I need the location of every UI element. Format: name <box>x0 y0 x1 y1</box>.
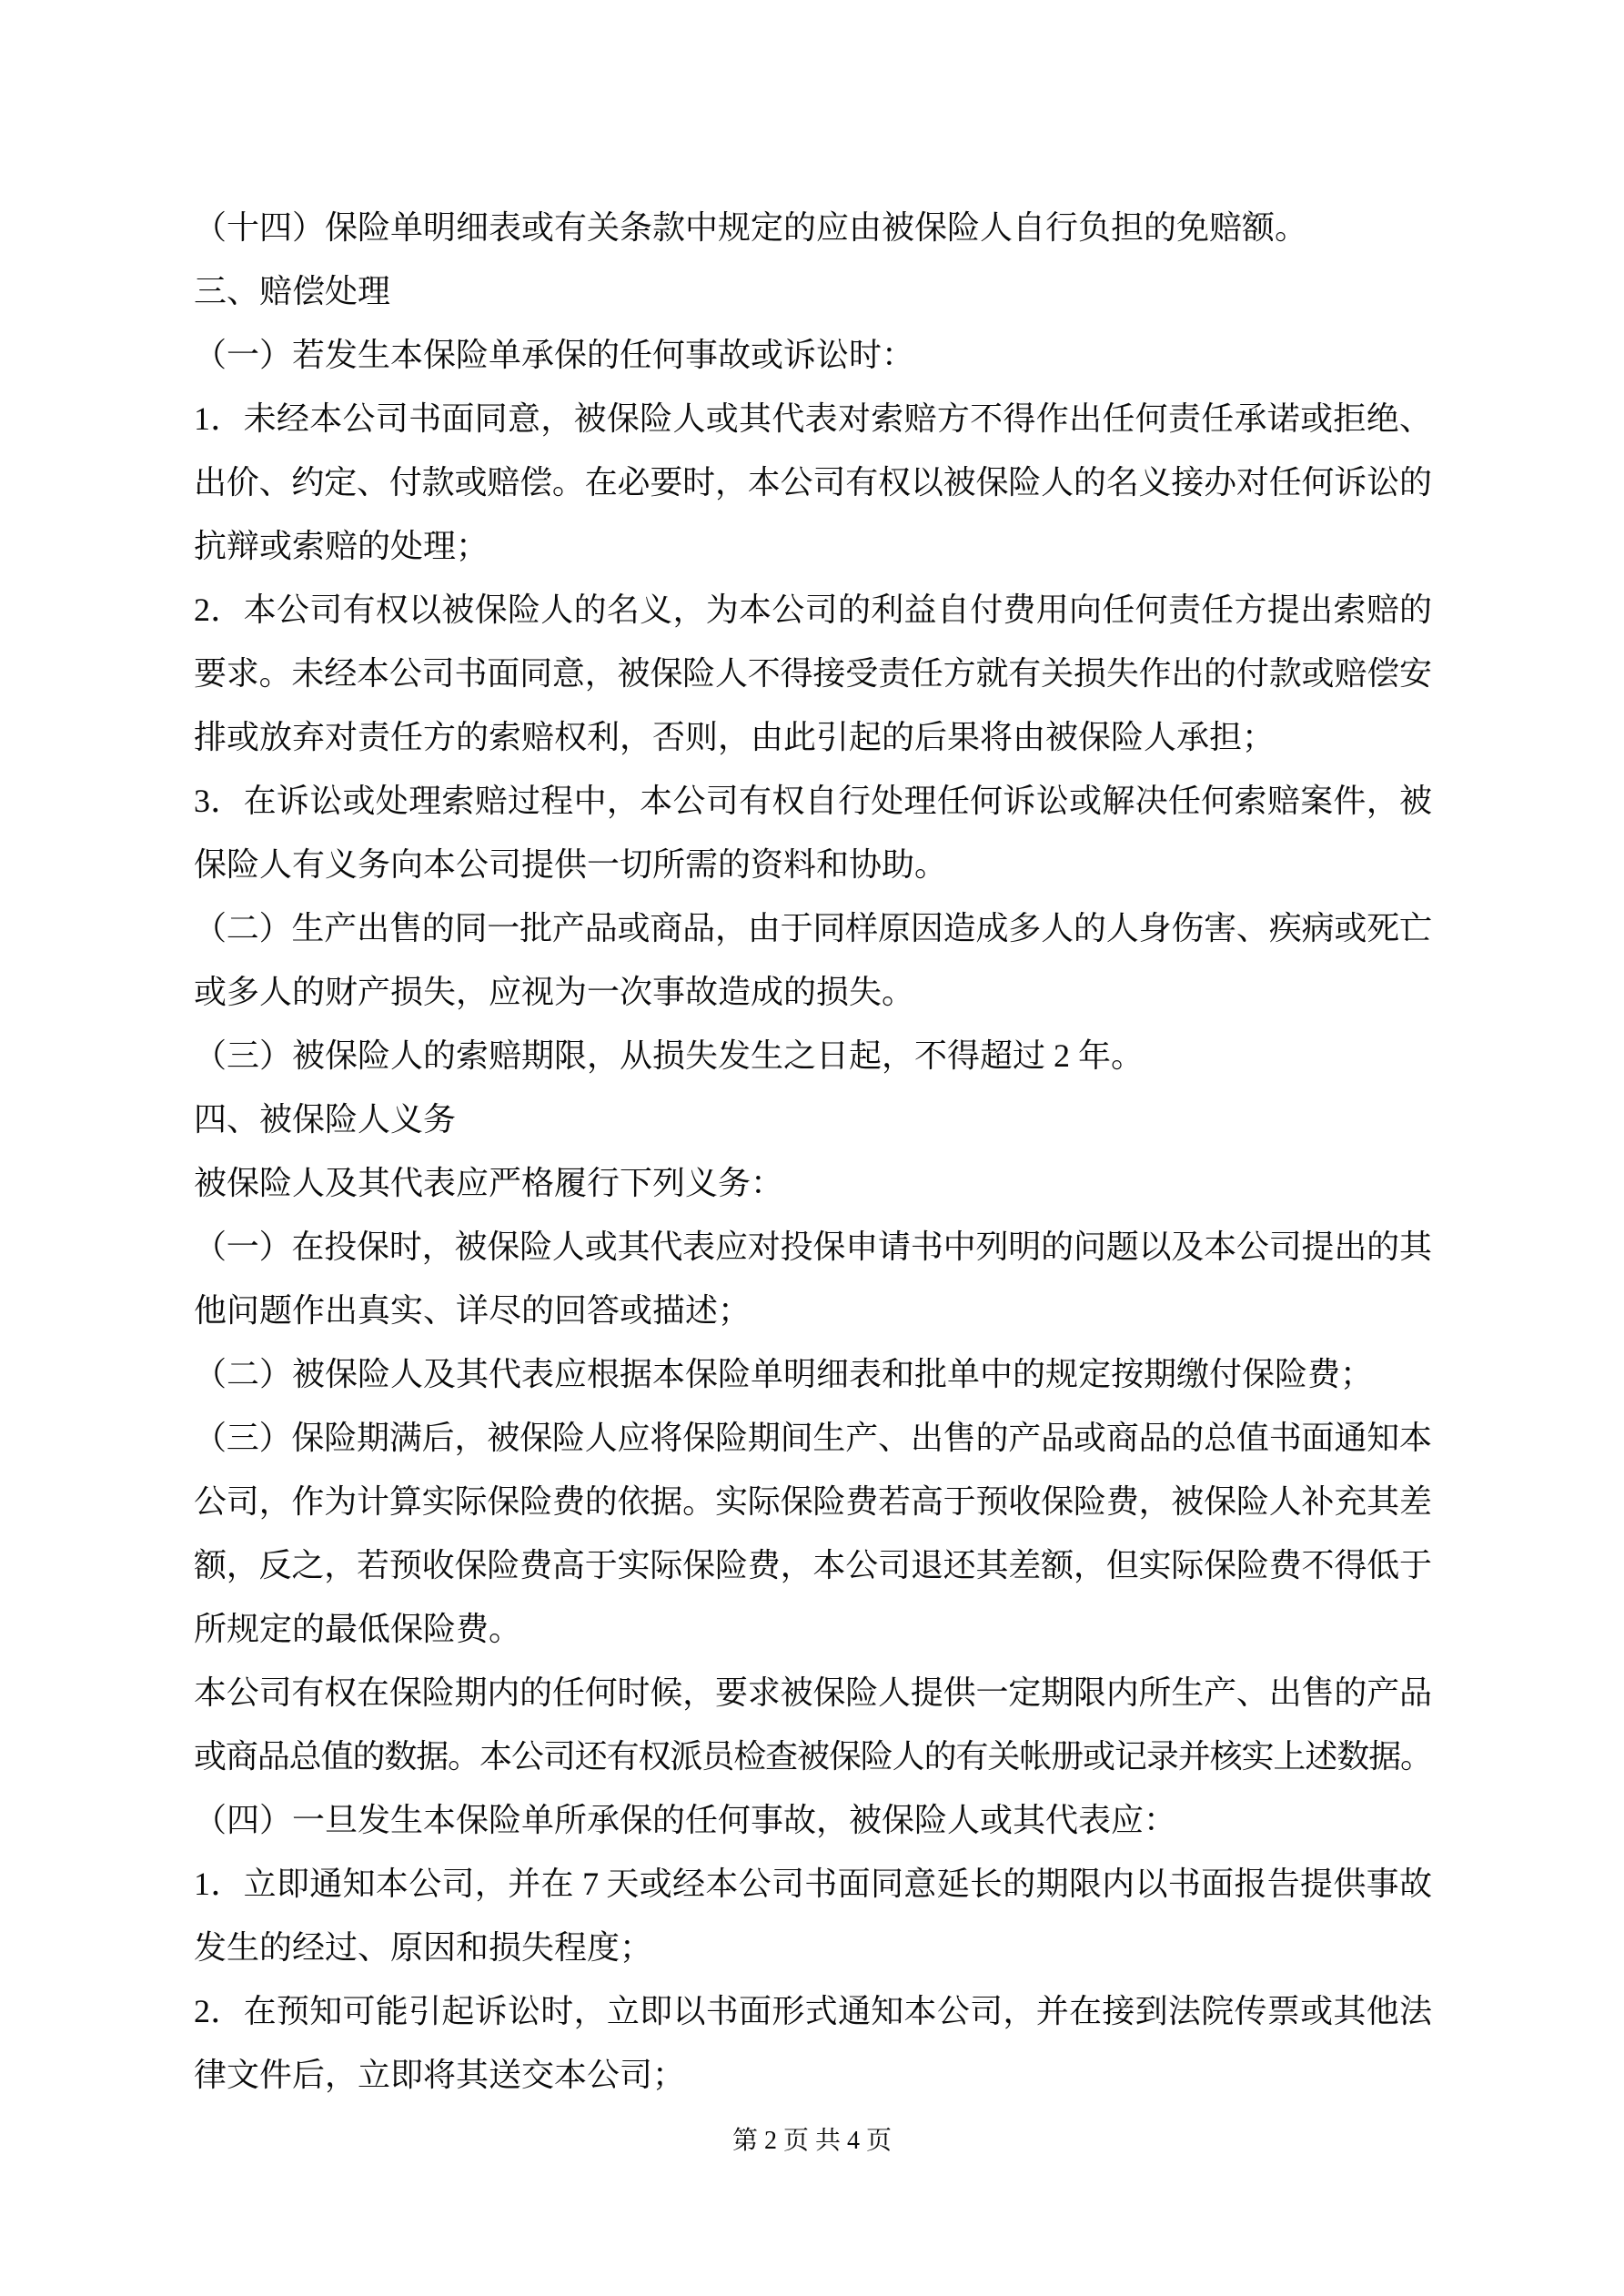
text-line: （二）生产出售的同一批产品或商品，由于同样原因造成多人的人身伤害、疾病或死亡 <box>194 896 1431 960</box>
text-line: 抗辩或索赔的处理； <box>194 514 1431 578</box>
document-page: （十四）保险单明细表或有关条款中规定的应由被保险人自行负担的免赔额。 三、赔偿处… <box>0 0 1624 2296</box>
text-line: 公司，作为计算实际保险费的依据。实际保险费若高于预收保险费，被保险人补充其差 <box>194 1470 1431 1533</box>
text-line: （二）被保险人及其代表应根据本保险单明细表和批单中的规定按期缴付保险费； <box>194 1342 1431 1406</box>
text-line: 或多人的财产损失，应视为一次事故造成的损失。 <box>194 960 1431 1024</box>
text-line: 或商品总值的数据。本公司还有权派员检查被保险人的有关帐册或记录并核实上述数据。 <box>194 1725 1431 1788</box>
text-line: 出价、约定、付款或赔偿。在必要时，本公司有权以被保险人的名义接办对任何诉讼的 <box>194 450 1431 514</box>
text-line: 被保险人及其代表应严格履行下列义务： <box>194 1151 1431 1215</box>
text-line: 他问题作出真实、详尽的回答或描述； <box>194 1279 1431 1342</box>
text-line: （四）一旦发生本保险单所承保的任何事故，被保险人或其代表应： <box>194 1788 1431 1852</box>
text-line: 2．在预知可能引起诉讼时，立即以书面形式通知本公司，并在接到法院传票或其他法 <box>194 1979 1431 2043</box>
document-body: （十四）保险单明细表或有关条款中规定的应由被保险人自行负担的免赔额。 三、赔偿处… <box>194 196 1431 2107</box>
text-line: （一）在投保时，被保险人或其代表应对投保申请书中列明的问题以及本公司提出的其 <box>194 1215 1431 1279</box>
text-line: 本公司有权在保险期内的任何时候，要求被保险人提供一定期限内所生产、出售的产品 <box>194 1661 1431 1725</box>
text-line: 要求。未经本公司书面同意，被保险人不得接受责任方就有关损失作出的付款或赔偿安 <box>194 642 1431 705</box>
text-line: 1．立即通知本公司，并在 7 天或经本公司书面同意延长的期限内以书面报告提供事故 <box>194 1852 1431 1916</box>
text-line: （三）被保险人的索赔期限，从损失发生之日起，不得超过 2 年。 <box>194 1024 1431 1087</box>
text-line: 1．未经本公司书面同意，被保险人或其代表对索赔方不得作出任何责任承诺或拒绝、 <box>194 387 1431 450</box>
text-line: 律文件后，立即将其送交本公司； <box>194 2043 1431 2107</box>
text-line: 保险人有义务向本公司提供一切所需的资料和协助。 <box>194 833 1431 896</box>
text-line: （一）若发生本保险单承保的任何事故或诉讼时： <box>194 323 1431 387</box>
text-line: 额，反之，若预收保险费高于实际保险费，本公司退还其差额，但实际保险费不得低于 <box>194 1533 1431 1597</box>
text-line: 3．在诉讼或处理索赔过程中，本公司有权自行处理任何诉讼或解决任何索赔案件，被 <box>194 769 1431 833</box>
text-line: （十四）保险单明细表或有关条款中规定的应由被保险人自行负担的免赔额。 <box>194 196 1431 259</box>
section-heading: 四、被保险人义务 <box>194 1087 1431 1151</box>
page-footer: 第 2 页 共 4 页 <box>0 2122 1624 2160</box>
text-line: 所规定的最低保险费。 <box>194 1597 1431 1661</box>
section-heading: 三、赔偿处理 <box>194 259 1431 323</box>
text-line: （三）保险期满后，被保险人应将保险期间生产、出售的产品或商品的总值书面通知本 <box>194 1406 1431 1470</box>
text-line: 发生的经过、原因和损失程度； <box>194 1916 1431 1979</box>
text-line: 2．本公司有权以被保险人的名义，为本公司的利益自付费用向任何责任方提出索赔的 <box>194 578 1431 642</box>
text-line: 排或放弃对责任方的索赔权利，否则，由此引起的后果将由被保险人承担； <box>194 705 1431 769</box>
